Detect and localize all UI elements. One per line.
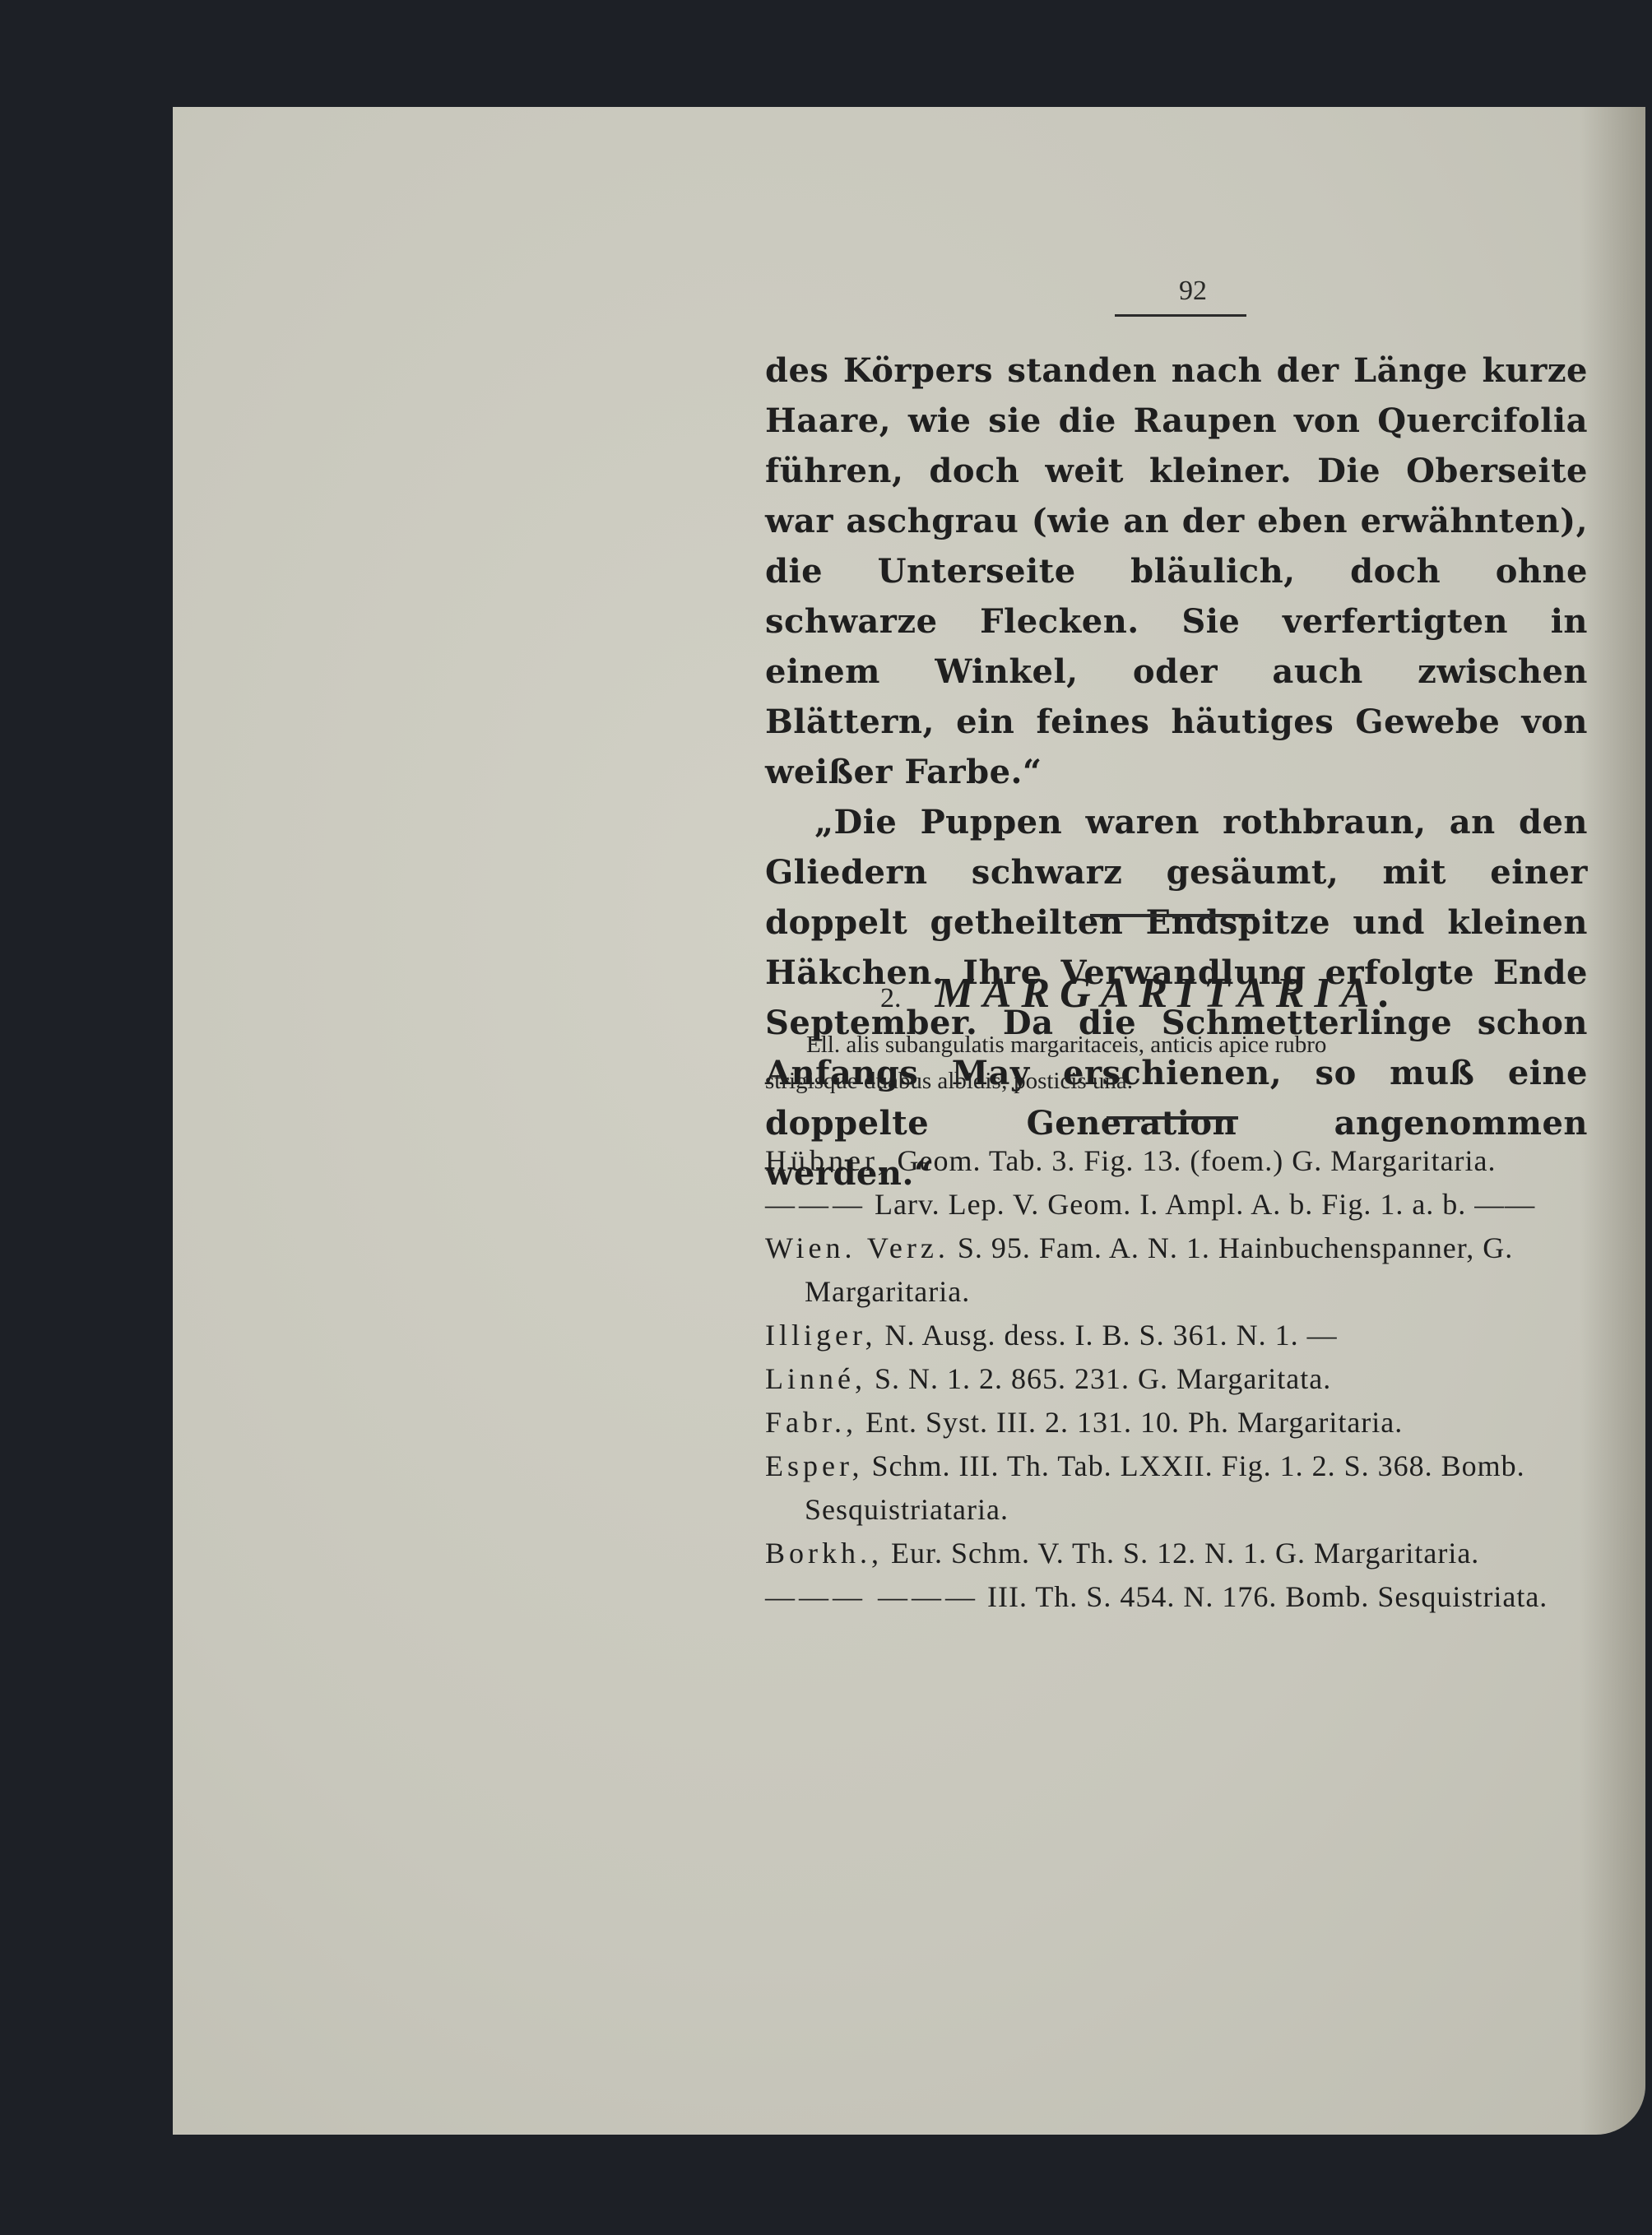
reference-item: Borkh., Eur. Schm. V. Th. S. 12. N. 1. G… (765, 1532, 1588, 1575)
reference-author: ——— ——— (765, 1580, 979, 1613)
section-title: MARGARITARIA. (935, 970, 1400, 1017)
reference-text: Eur. Schm. V. Th. S. 12. N. 1. G. Margar… (883, 1537, 1479, 1570)
reference-author: Linné, (765, 1362, 866, 1395)
paragraph-1: des Körpers standen nach der Länge kurze… (765, 345, 1588, 797)
header-rule (1115, 314, 1246, 317)
section-divider (1090, 914, 1255, 917)
reference-text: Geom. Tab. 3. Fig. 13. (foem.) G. Margar… (889, 1144, 1497, 1177)
reference-item: ——— ——— III. Th. S. 454. N. 176. Bomb. S… (765, 1575, 1588, 1619)
reference-author: ——— (765, 1188, 866, 1221)
reference-author: Illiger, (765, 1319, 877, 1352)
reference-text: Ent. Syst. III. 2. 131. 10. Ph. Margarit… (857, 1406, 1403, 1439)
section-number: 2. (880, 983, 902, 1013)
reference-text: Larv. Lep. V. Geom. I. Ampl. A. b. Fig. … (866, 1188, 1535, 1221)
reference-author: Fabr., (765, 1406, 857, 1439)
reference-text: III. Th. S. 454. N. 176. Bomb. Sesquistr… (979, 1580, 1548, 1613)
reference-item: Fabr., Ent. Syst. III. 2. 131. 10. Ph. M… (765, 1401, 1588, 1444)
reference-author: Wien. Verz. (765, 1231, 949, 1264)
reference-author: Esper, (765, 1449, 864, 1482)
reference-author: Borkh., (765, 1537, 883, 1570)
diagnosis-line-2: strigisque duabus albidis; posticis una. (765, 1063, 1580, 1099)
reference-text: N. Ausg. dess. I. B. S. 361. N. 1. — (877, 1319, 1338, 1352)
reference-item: Illiger, N. Ausg. dess. I. B. S. 361. N.… (765, 1314, 1588, 1357)
references-list: Hübner, Geom. Tab. 3. Fig. 13. (foem.) G… (765, 1139, 1588, 1619)
diagnosis-line-1: Ell. alis subangulatis margaritaceis, an… (765, 1027, 1580, 1063)
reference-item: Wien. Verz. S. 95. Fam. A. N. 1. Hainbuc… (765, 1226, 1588, 1314)
reference-item: Linné, S. N. 1. 2. 865. 231. G. Margarit… (765, 1357, 1588, 1401)
reference-text: S. N. 1. 2. 865. 231. G. Margaritata. (866, 1362, 1331, 1395)
reference-item: Esper, Schm. III. Th. Tab. LXXII. Fig. 1… (765, 1444, 1588, 1532)
section-heading: 2. MARGARITARIA. (880, 969, 1399, 1018)
reference-item: Hübner, Geom. Tab. 3. Fig. 13. (foem.) G… (765, 1139, 1588, 1183)
page-number: 92 (1160, 276, 1226, 307)
reference-item: ——— Larv. Lep. V. Geom. I. Ampl. A. b. F… (765, 1183, 1588, 1226)
species-diagnosis: Ell. alis subangulatis margaritaceis, an… (765, 1027, 1580, 1099)
reference-author: Hübner, (765, 1144, 889, 1177)
reference-text: Schm. III. Th. Tab. LXXII. Fig. 1. 2. S.… (805, 1449, 1525, 1526)
references-divider (1107, 1116, 1238, 1120)
